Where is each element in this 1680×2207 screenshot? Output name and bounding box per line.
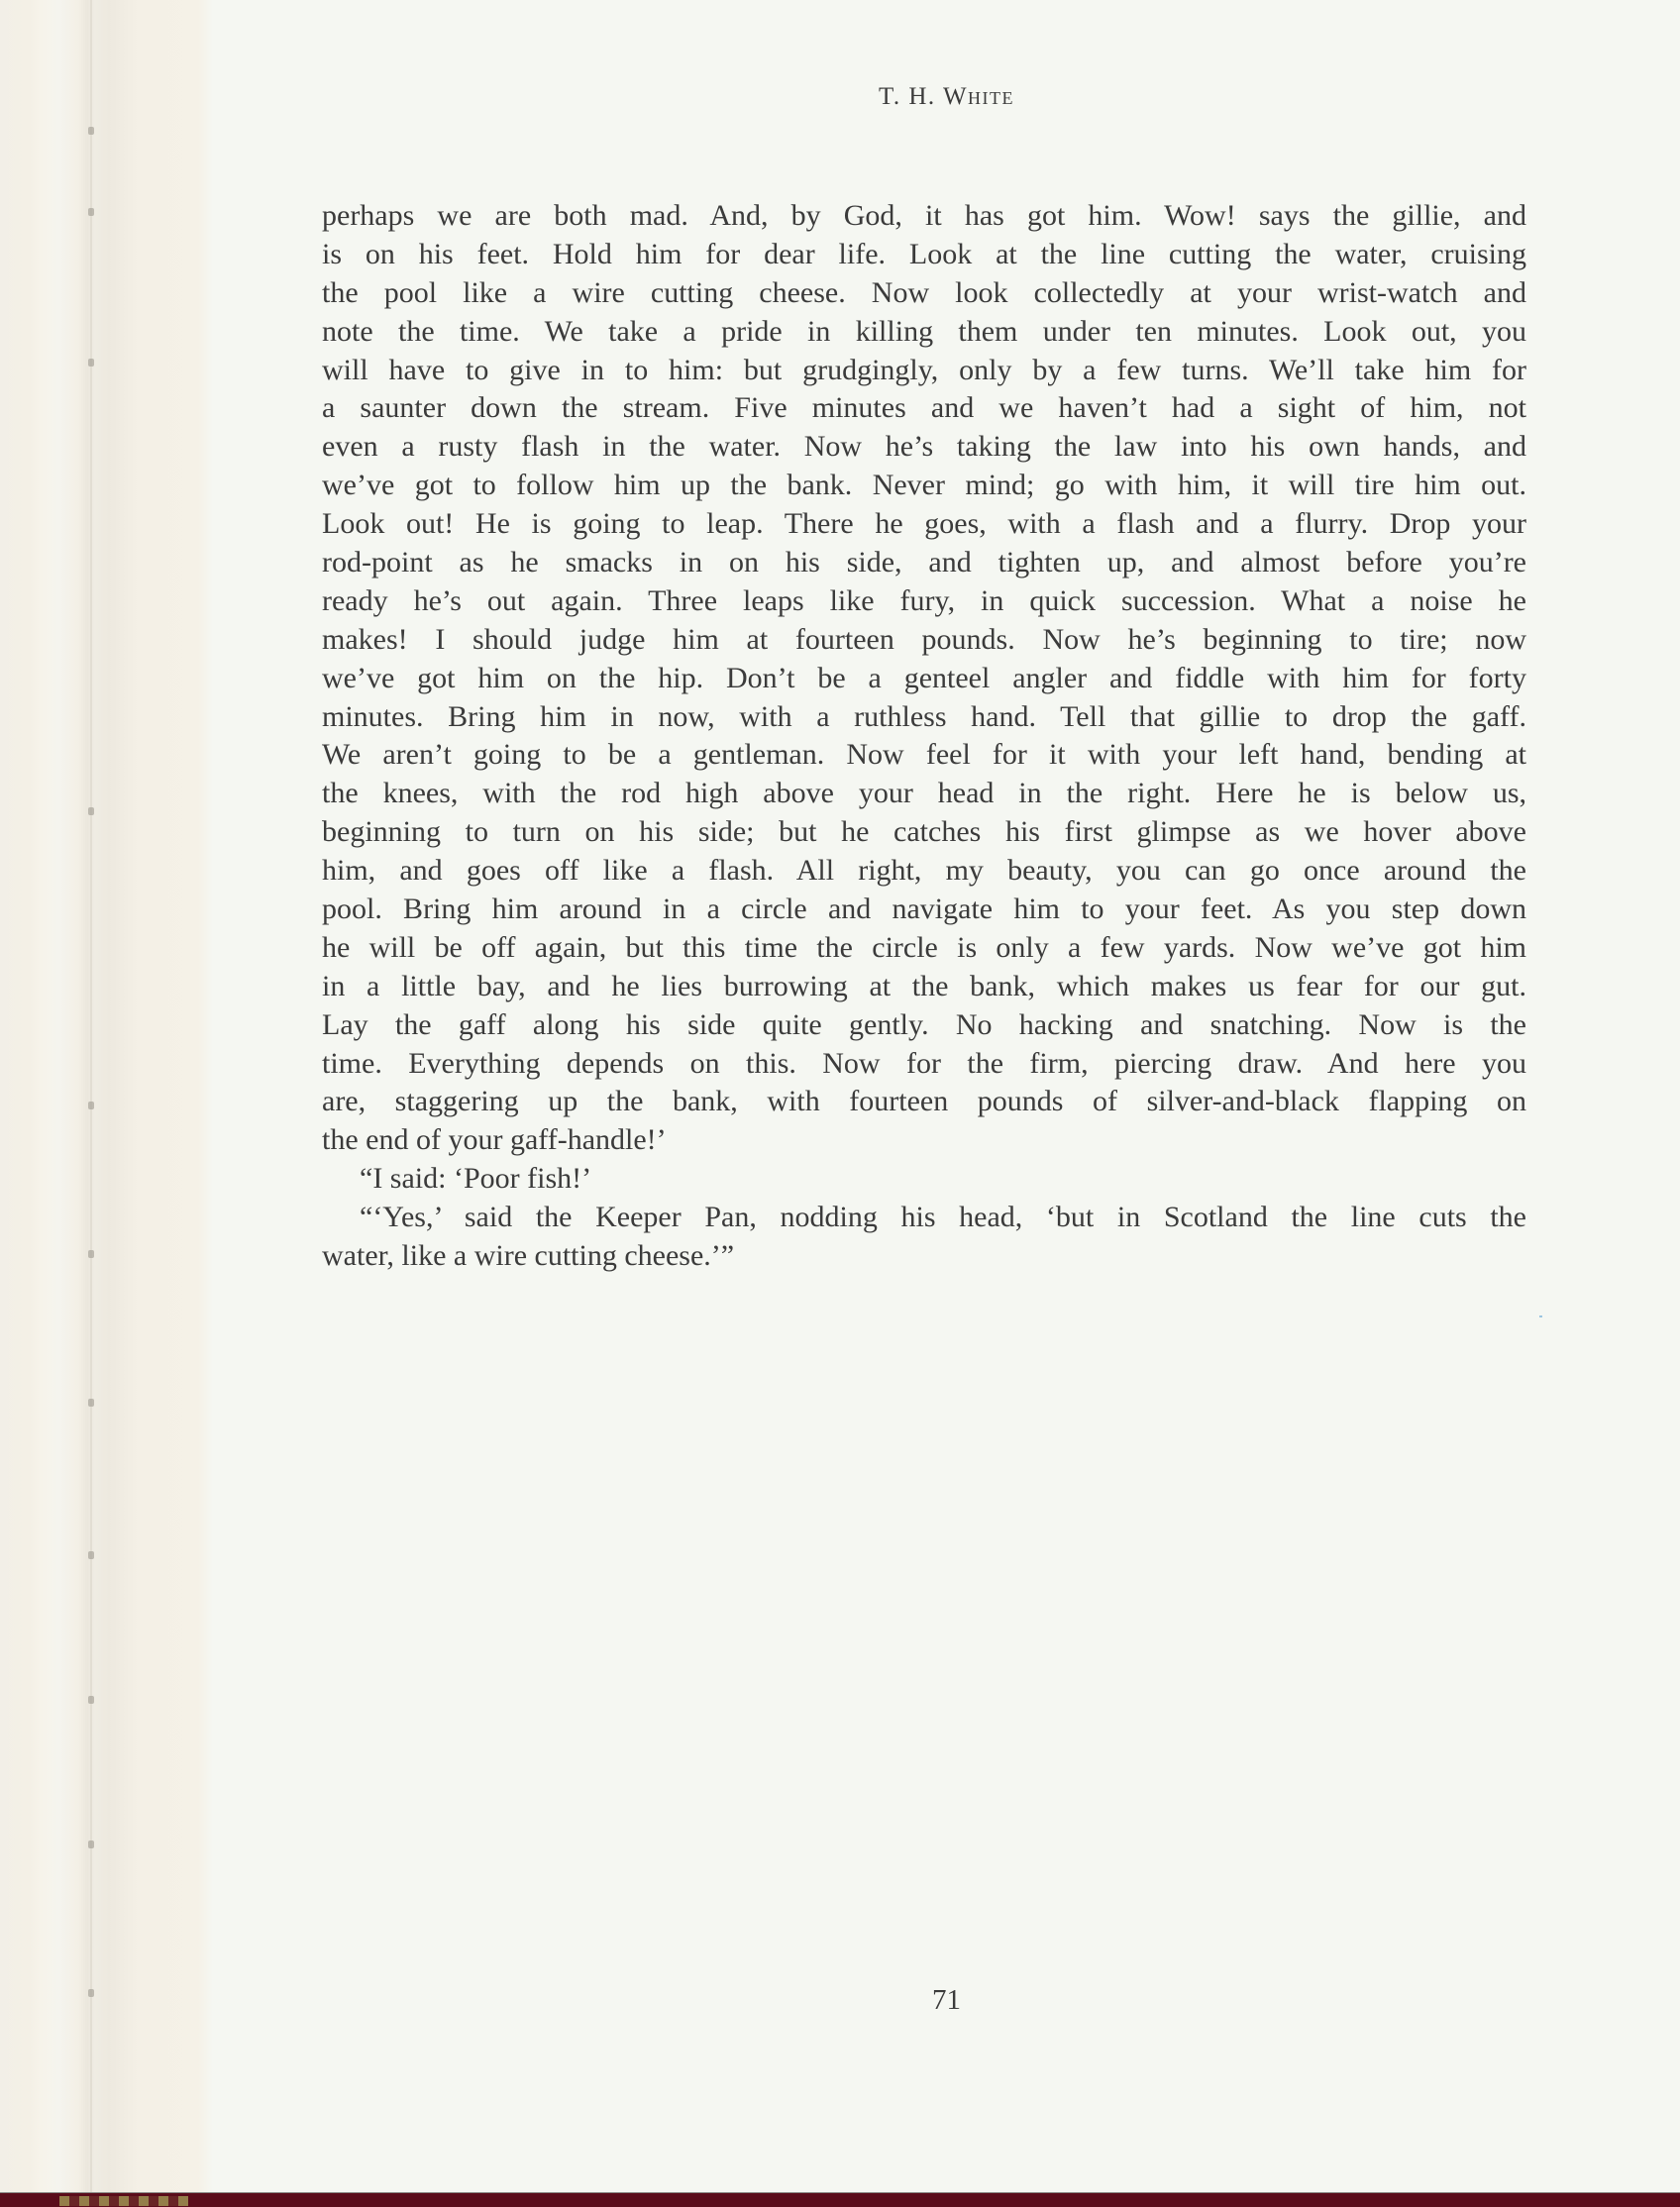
text-line: beginning to turn on his side; but he ca…: [322, 813, 1526, 852]
text-line: “I said: ‘Poor fish!’: [322, 1160, 1526, 1199]
text-line: We aren’t going to be a gentleman. Now f…: [322, 736, 1526, 775]
text-line: ready he’s out again. Three leaps like f…: [322, 582, 1526, 621]
text-line: the end of your gaff-handle!’: [322, 1121, 1526, 1160]
text-line: note the time. We take a pride in killin…: [322, 313, 1526, 352]
text-line: Look out! He is going to leap. There he …: [322, 505, 1526, 544]
stitch-mark: [88, 807, 94, 815]
text-line: pool. Bring him around in a circle and n…: [322, 891, 1526, 929]
page-number: 71: [213, 1984, 1680, 2017]
stitch-mark: [88, 127, 94, 135]
text-line: we’ve got to follow him up the bank. Nev…: [322, 467, 1526, 505]
stitch-mark: [88, 1102, 94, 1109]
running-head: T. H. White: [213, 83, 1680, 111]
stitch-mark: [88, 1840, 94, 1848]
cover-pattern: [59, 2196, 188, 2206]
stitch-mark: [88, 208, 94, 216]
text-line: he will be off again, but this time the …: [322, 929, 1526, 968]
text-line: rod-point as he smacks in on his side, a…: [322, 544, 1526, 582]
text-line: is on his feet. Hold him for dear life. …: [322, 236, 1526, 274]
text-line: water, like a wire cutting cheese.’”: [322, 1237, 1526, 1276]
stitch-mark: [88, 1399, 94, 1407]
stitch-mark: [88, 1989, 94, 1997]
book-cover-edge: [0, 2192, 1680, 2207]
text-line: we’ve got him on the hip. Don’t be a gen…: [322, 660, 1526, 698]
paper-speck: [1539, 1315, 1542, 1317]
text-line: minutes. Bring him in now, with a ruthle…: [322, 698, 1526, 737]
book-gutter: [0, 0, 213, 2192]
text-line: in a little bay, and he lies burrowing a…: [322, 968, 1526, 1006]
text-line: even a rusty flash in the water. Now he’…: [322, 428, 1526, 467]
stitch-mark: [88, 359, 94, 367]
stitch-mark: [88, 1250, 94, 1258]
text-line: perhaps we are both mad. And, by God, it…: [322, 197, 1526, 236]
text-line: time. Everything depends on this. Now fo…: [322, 1045, 1526, 1084]
text-line: “‘Yes,’ said the Keeper Pan, nodding his…: [322, 1199, 1526, 1237]
text-line: a saunter down the stream. Five minutes …: [322, 389, 1526, 428]
text-line: the pool like a wire cutting cheese. Now…: [322, 274, 1526, 313]
text-line: the knees, with the rod high above your …: [322, 775, 1526, 813]
text-line: him, and goes off like a flash. All righ…: [322, 852, 1526, 891]
stitch-mark: [88, 1696, 94, 1704]
running-head-text: T. H. White: [879, 83, 1014, 110]
body-text: perhaps we are both mad. And, by God, it…: [322, 197, 1526, 1276]
binding-stitch-line: [90, 0, 92, 2192]
stitch-mark: [88, 1551, 94, 1559]
text-line: makes! I should judge him at fourteen po…: [322, 621, 1526, 660]
text-line: are, staggering up the bank, with fourte…: [322, 1083, 1526, 1121]
text-line: Lay the gaff along his side quite gently…: [322, 1006, 1526, 1045]
text-line: will have to give in to him: but grudgin…: [322, 352, 1526, 390]
